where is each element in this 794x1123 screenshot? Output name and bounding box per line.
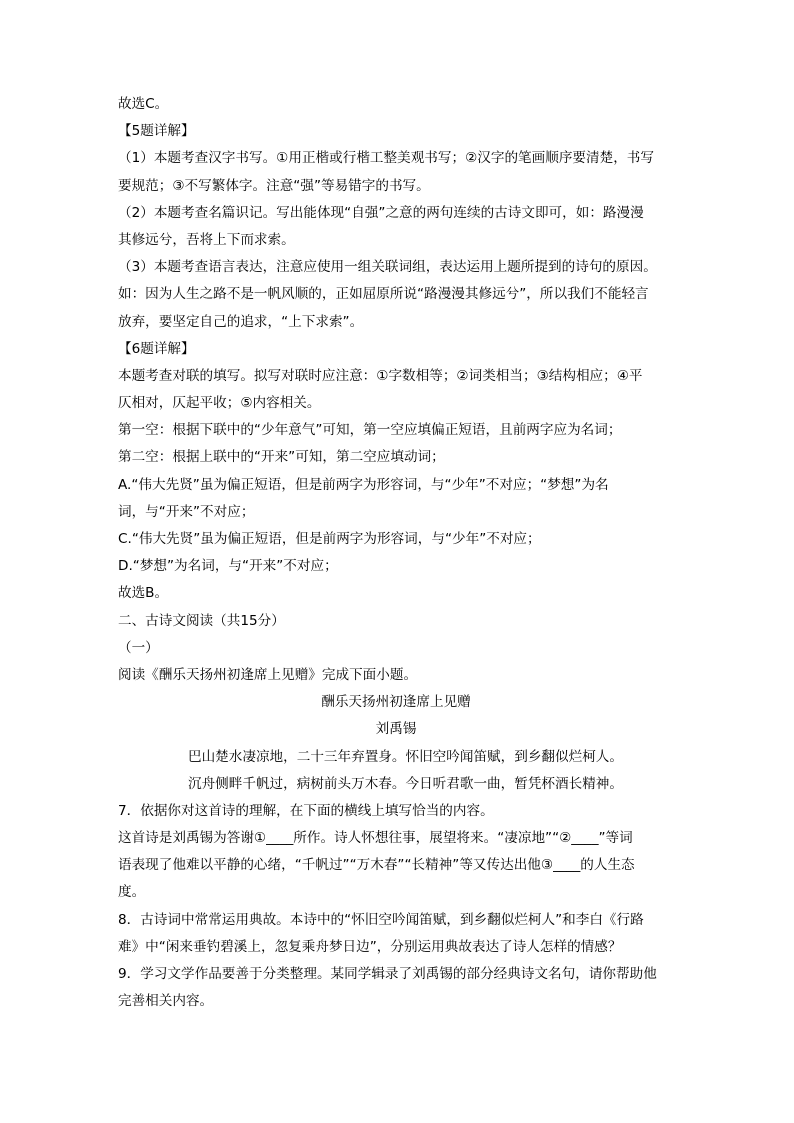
q7-body-line2: 语表现了他难以平静的心绪，“千帆过”“万木春”“长精神”等又传达出他③____的… — [118, 852, 674, 879]
q6-option-d: D.“梦想”为名词，与“开来”不对应； — [118, 553, 674, 580]
q8-line2: 难》中“闲来垂钓碧溪上，忽复乘舟梦日边”，分别运用典故表达了诗人怎样的情感？ — [118, 934, 674, 961]
q6-blank1-explanation: 第一空：根据下联中的“少年意气”可知，第一空应填偏正短语，且前两字应为名词； — [118, 417, 674, 444]
q7-body-line1: 这首诗是刘禹锡为答谢①____所作。诗人怀想往事，展望将来。“凄凉地”“②___… — [118, 825, 674, 852]
poem-line-1: 巴山楚水凄凉地，二十三年弃置身。怀旧空吟闻笛赋，到乡翻似烂柯人。 — [118, 744, 674, 771]
q5-part2-line1: （2）本题考查名篇识记。写出能体现“自强”之意的两句连续的古诗文即可，如：路漫漫 — [118, 200, 674, 227]
q7-body-line3: 度。 — [118, 879, 674, 906]
poem-author: 刘禹锡 — [118, 716, 674, 743]
poem-title: 酬乐天扬州初逢席上见赠 — [118, 689, 674, 716]
q6-answer: 故选B。 — [118, 580, 674, 607]
q6-heading: 【6题详解】 — [118, 336, 674, 363]
q6-intro-line2: 仄相对，仄起平收；⑤内容相关。 — [118, 390, 674, 417]
q9-line1: 9．学习文学作品要善于分类整理。某同学辑录了刘禹锡的部分经典诗文名句，请你帮助他 — [118, 961, 674, 988]
poem-line-2: 沉舟侧畔千帆过，病树前头万木春。今日听君歌一曲，暂凭杯酒长精神。 — [118, 771, 674, 798]
q6-intro-line1: 本题考查对联的填写。拟写对联时应注意：①字数相等；②词类相当；③结构相应；④平 — [118, 363, 674, 390]
q9-line2: 完善相关内容。 — [118, 988, 674, 1015]
section2-title: 二、古诗文阅读（共15分） — [118, 608, 674, 635]
q5-part3-line1: （3）本题考查语言表达，注意应使用一组关联词组，表达运用上题所提到的诗句的原因。 — [118, 254, 674, 281]
q6-option-a-line2: 词，与“开来”不对应； — [118, 499, 674, 526]
q6-option-c: C.“伟大先贤”虽为偏正短语，但是前两字为形容词，与“少年”不对应； — [118, 526, 674, 553]
q5-part1-line2: 要规范；③不写繁体字。注意“强”等易错字的书写。 — [118, 173, 674, 200]
reading-instruction: 阅读《酬乐天扬州初逢席上见赠》完成下面小题。 — [118, 662, 674, 689]
q5-heading: 【5题详解】 — [118, 118, 674, 145]
q4-answer: 故选C。 — [118, 91, 674, 118]
q5-part1-line1: （1）本题考查汉字书写。①用正楷或行楷工整美观书写；②汉字的笔画顺序要清楚，书写 — [118, 145, 674, 172]
q5-part3-line2: 如：因为人生之路不是一帆风顺的，正如屈原所说“路漫漫其修远兮”，所以我们不能轻言 — [118, 281, 674, 308]
q8-line1: 8．古诗词中常常运用典故。本诗中的“怀旧空吟闻笛赋，到乡翻似烂柯人”和李白《行路 — [118, 907, 674, 934]
q7-prompt: 7．依据你对这首诗的理解，在下面的横线上填写恰当的内容。 — [118, 798, 674, 825]
document-page: 故选C。 【5题详解】 （1）本题考查汉字书写。①用正楷或行楷工整美观书写；②汉… — [118, 91, 674, 1015]
q6-blank2-explanation: 第二空：根据上联中的“开来”可知，第二空应填动词； — [118, 444, 674, 471]
q5-part3-line3: 放弃，要坚定自己的追求，“上下求索”。 — [118, 309, 674, 336]
q5-part2-line2: 其修远兮，吾将上下而求索。 — [118, 227, 674, 254]
q6-option-a-line1: A.“伟大先贤”虽为偏正短语，但是前两字为形容词，与“少年”不对应；“梦想”为名 — [118, 472, 674, 499]
subsection-label: （一） — [118, 635, 674, 662]
